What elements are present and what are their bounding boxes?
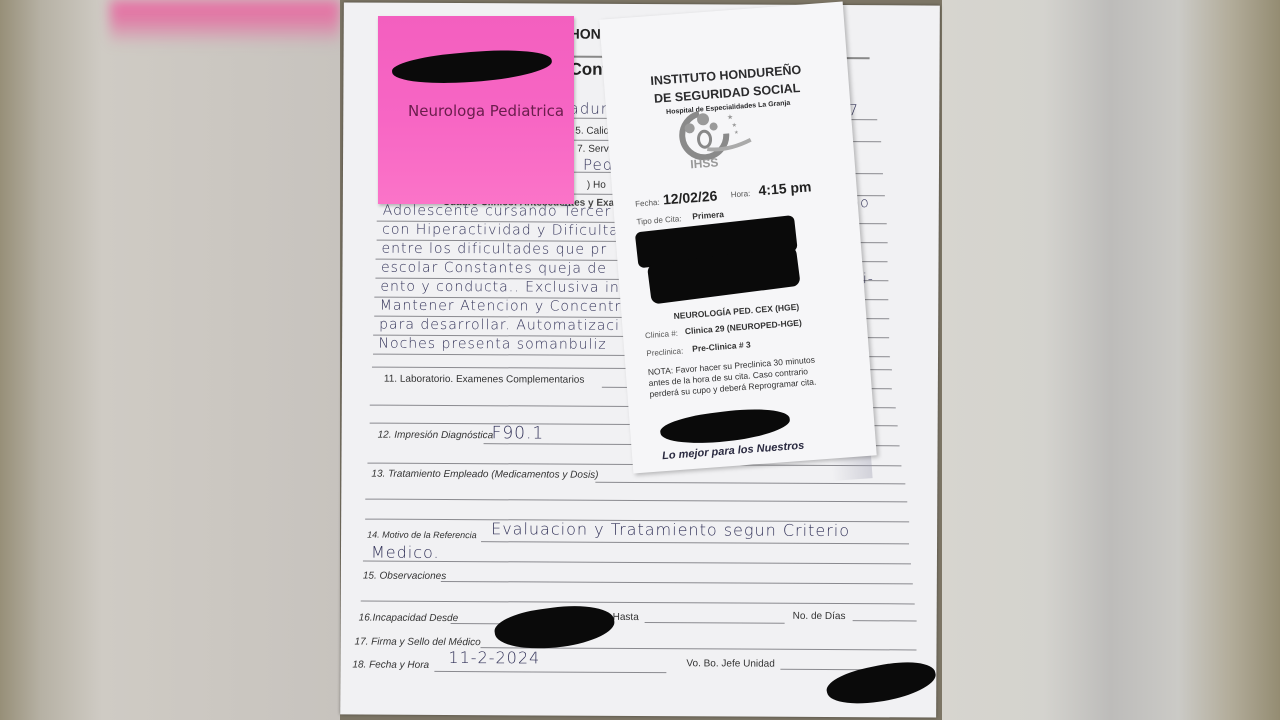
clinical-note-line: Mantener Atencion y Concentra — [380, 298, 631, 315]
field-15-label: 15. Observaciones — [363, 571, 446, 582]
ihss-logo-icon: ★ ★ ★ IHSS — [664, 103, 758, 172]
receipt-hora-value: 4:15 pm — [758, 178, 812, 198]
field-16-hasta-line[interactable] — [645, 622, 785, 624]
clinical-note-line: para desarrollar. Automatizaci — [379, 317, 620, 334]
field-18-label: 18. Fecha y Hora — [352, 659, 429, 670]
appointment-receipt: INSTITUTO HONDUREÑO DE SEGURIDAD SOCIAL … — [599, 1, 876, 473]
sticky-note-text: Neurologa Pediatrica — [408, 102, 564, 120]
field-hora-label: ) Ho — [587, 180, 606, 191]
field-5-label: ) 5. Calid — [569, 126, 609, 137]
clinical-note-line: Adolescente cursando Tercer — [383, 203, 612, 220]
field-16-dias-line[interactable] — [853, 620, 917, 621]
clinical-note-line: con Hiperactividad y Dificultad — [382, 222, 629, 239]
field-12-label: 12. Impresión Diagnóstica — [378, 430, 494, 442]
receipt-clinica-value: Clinica 29 (NEUROPED-HGE) — [685, 317, 803, 336]
receipt-tipo-label: Tipo de Cita: — [636, 214, 682, 226]
form-line — [365, 499, 907, 503]
field-18-value: 11-2-2024 — [448, 648, 540, 667]
field-17-label: 17. Firma y Sello del Médico — [354, 637, 480, 649]
form-line — [361, 601, 915, 605]
receipt-tipo-value: Primera — [692, 209, 724, 221]
field-16-label: 16.Incapacidad Desde — [359, 613, 459, 625]
field-14-value: Evaluacion y Tratamiento segun Criterio — [491, 519, 850, 540]
svg-text:IHSS: IHSS — [690, 155, 719, 171]
receipt-nota: NOTA: Favor hacer su Preclinica 30 minut… — [647, 353, 839, 400]
receipt-preclinica-label: Preclinica: — [646, 346, 683, 358]
field-11-label: 11. Laboratorio. Examenes Complementario… — [384, 374, 585, 386]
svg-text:★: ★ — [731, 122, 737, 129]
redaction-mark — [824, 654, 939, 712]
clinical-note-line: ento y conducta.. Exclusiva in — [380, 279, 619, 296]
background-blur-pink — [110, 0, 340, 45]
field-14-line[interactable] — [481, 541, 909, 544]
receipt-preclinica-value: Pre-Clinica # 3 — [692, 339, 751, 353]
background-right — [942, 0, 1280, 720]
receipt-fecha-value: 12/02/26 — [662, 187, 718, 207]
redaction-mark — [391, 45, 553, 89]
field-13-label: 13. Tratamiento Empleado (Medicamentos y… — [371, 469, 598, 481]
receipt-fecha-label: Fecha: — [635, 198, 660, 209]
clinical-note-line: escolar Constantes queja de — [381, 260, 607, 277]
form-line — [363, 561, 911, 565]
sticky-note: Neurologa Pediatrica — [378, 16, 574, 204]
svg-text:★: ★ — [727, 113, 734, 121]
svg-text:★: ★ — [734, 130, 739, 136]
field-14-label: 14. Motivo de la Referencia — [367, 530, 477, 541]
receipt-clinica-label: Clinica #: — [645, 329, 678, 340]
field-13-line[interactable] — [595, 482, 905, 485]
receipt-slogan: Lo mejor para los Nuestros — [662, 440, 805, 463]
field-16-dias-label: No. de Días — [793, 611, 846, 622]
vobo-label: Vo. Bo. Jefe Unidad — [686, 658, 774, 669]
field-16-hasta-label: Hasta — [613, 612, 639, 623]
field-18-line[interactable] — [434, 671, 666, 673]
field-14-value-2: Medico. — [371, 543, 440, 562]
field-12-value: F90.1 — [492, 423, 545, 443]
clinical-note-line: entre los dificultades que pr — [382, 241, 608, 258]
field-15-line[interactable] — [441, 581, 913, 584]
background-left — [0, 0, 340, 720]
receipt-hora-label: Hora: — [730, 189, 750, 199]
clinical-note-line: Noches presenta somanbuliz — [379, 336, 607, 353]
